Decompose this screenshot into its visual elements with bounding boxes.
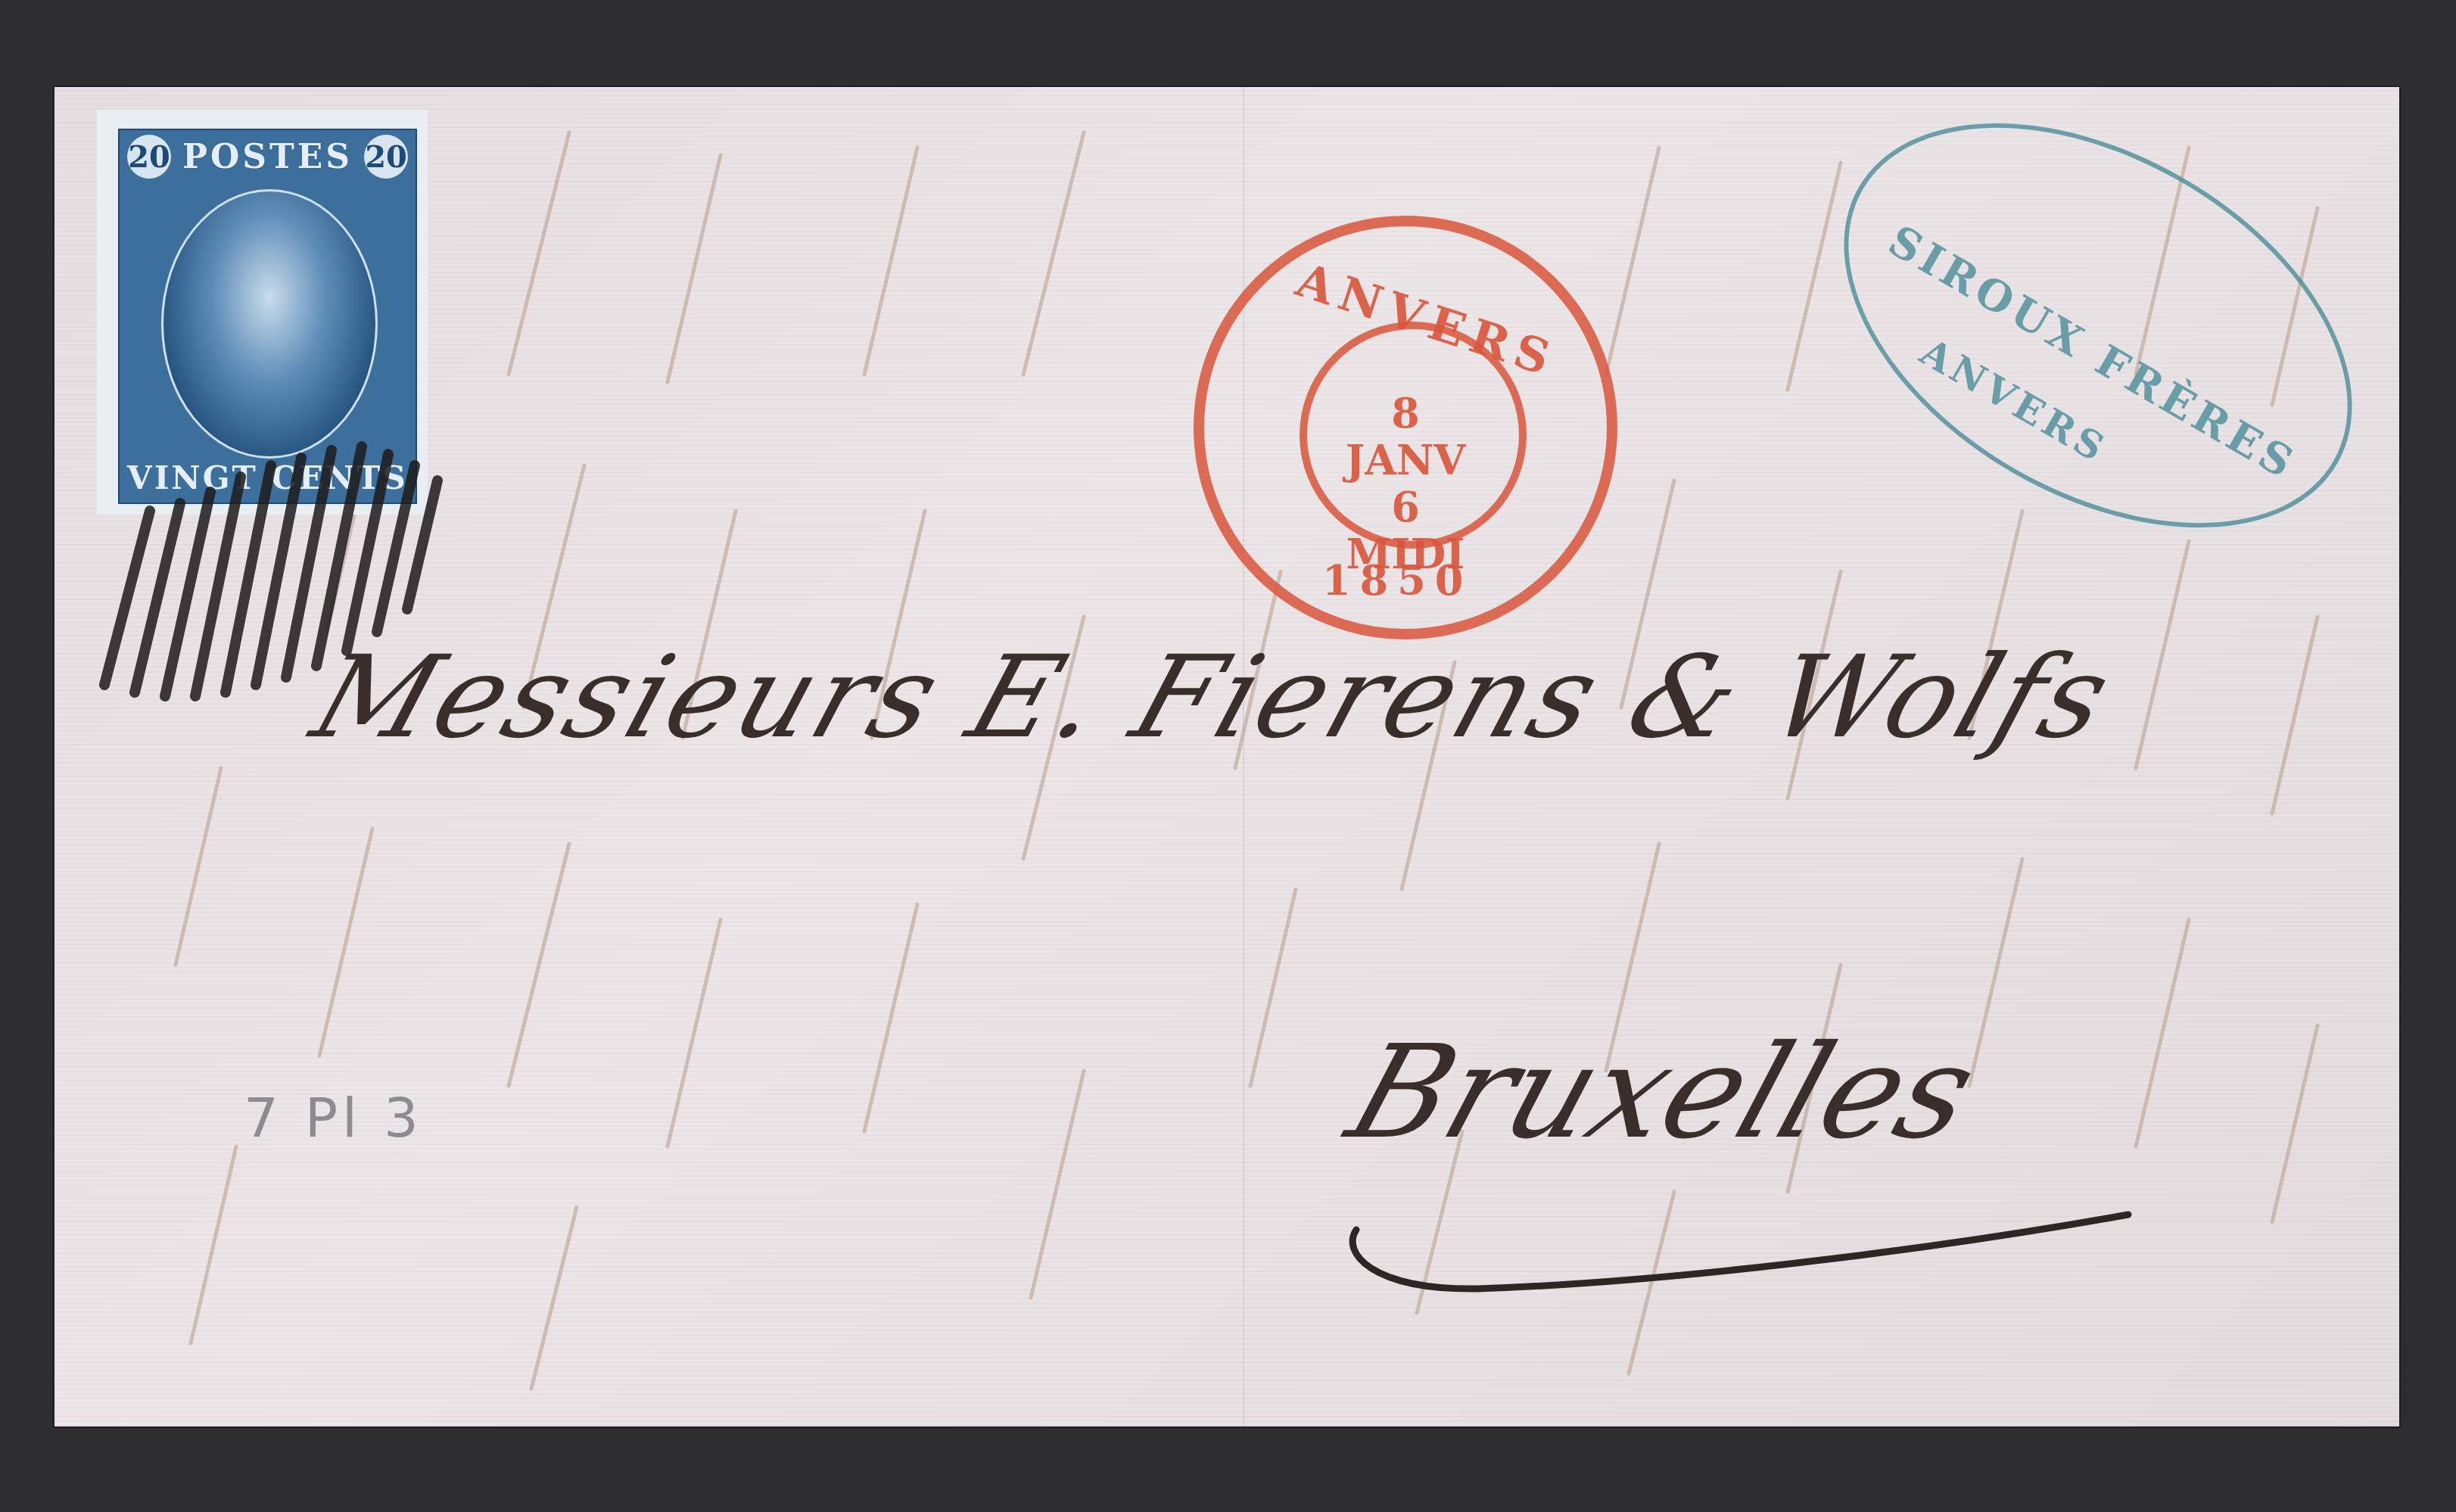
stamp-header: 20 POSTES 20 [120, 135, 416, 179]
address-underline-flourish [1341, 1207, 2136, 1298]
pencil-catalog-note: 7 Pl 3 [244, 1086, 423, 1150]
stamp-title: POSTES [182, 138, 353, 176]
postage-stamp: 20 POSTES 20 VINGT CENTS [97, 110, 428, 515]
stamp-value-left: 20 [127, 135, 171, 179]
postmark-year: 1850 [1322, 556, 1472, 605]
firm-oval-handstamp: SIROUX FRÈRES ANVERS [1822, 155, 2374, 496]
red-date-postmark: ANVERS 8 JANV 6 MIDI 1850 [1194, 216, 1617, 639]
address-addressee: Messieurs E. Fierens & Wolfs [298, 632, 2128, 764]
postal-cover: 20 POSTES 20 VINGT CENTS ANVERS 8 JANV 6… [54, 87, 2399, 1426]
stamp-value-right: 20 [364, 135, 408, 179]
postmark-date: 8 JANV 6 MIDI [1330, 390, 1481, 577]
address-city: Bruxelles [1332, 1018, 1993, 1168]
postmark-day: 8 JANV [1330, 390, 1481, 484]
